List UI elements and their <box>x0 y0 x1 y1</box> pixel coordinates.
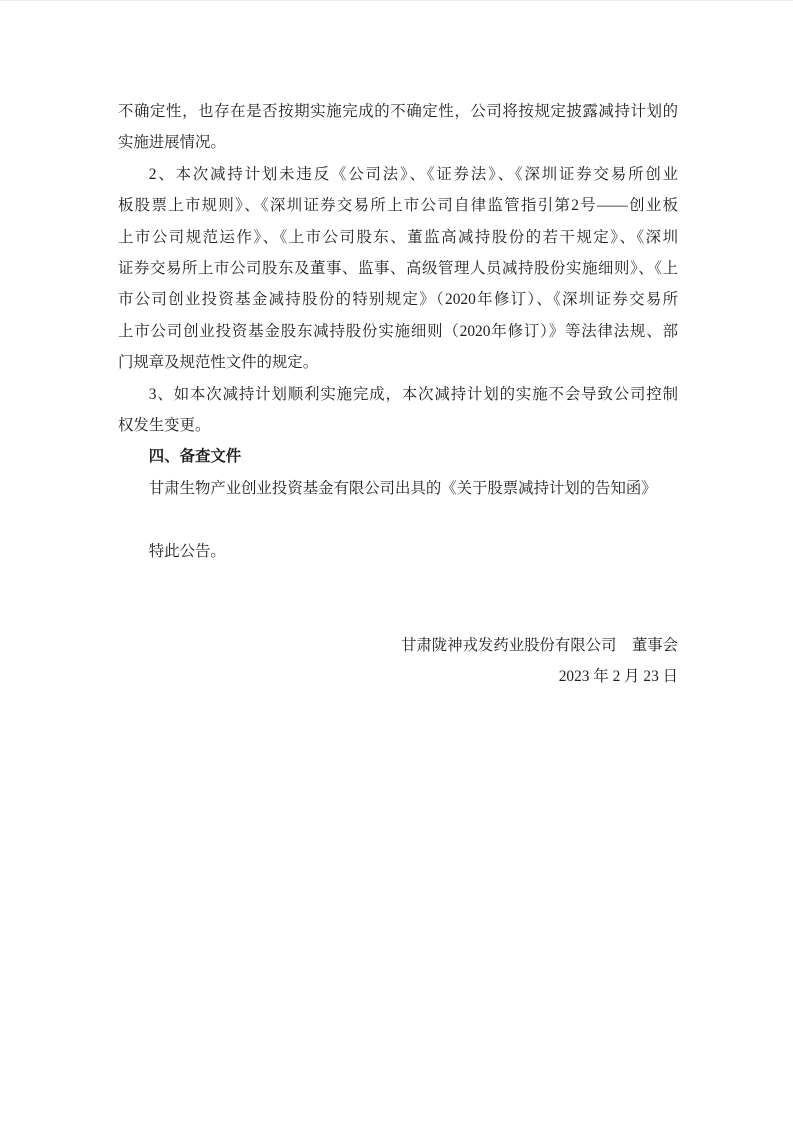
body-line: 实施进展情况。 <box>118 127 678 158</box>
document-page: 不确定性，也存在是否按期实施完成的不确定性，公司将按规定披露减持计划的 实施进展… <box>0 0 793 1122</box>
section-heading: 四、备查文件 <box>118 441 678 472</box>
body-line: 门规章及规范性文件的规定。 <box>118 347 678 378</box>
blank-line <box>118 599 678 630</box>
body-line: 2、本次减持计划未违反《公司法》、《证券法》、《深圳证券交易所创业 <box>118 159 678 190</box>
body-line: 权发生变更。 <box>118 410 678 441</box>
body-line: 上市公司创业投资基金股东减持股份实施细则（2020年修订）》等法律法规、部 <box>118 316 678 347</box>
body-line: 板股票上市规则》、《深圳证券交易所上市公司自律监管指引第2号——创业板 <box>118 190 678 221</box>
notice-line: 特此公告。 <box>118 536 678 567</box>
body-line: 市公司创业投资基金减持股份的特别规定》（2020年修订）、《深圳证券交易所 <box>118 284 678 315</box>
body-line: 上市公司规范运作》、《上市公司股东、董监高减持股份的若干规定》、《深圳 <box>118 222 678 253</box>
blank-line <box>118 567 678 598</box>
body-line: 不确定性，也存在是否按期实施完成的不确定性，公司将按规定披露减持计划的 <box>118 96 678 127</box>
body-line: 3、如本次减持计划顺利实施完成，本次减持计划的实施不会导致公司控制 <box>118 379 678 410</box>
body-line: 证券交易所上市公司股东及董事、监事、高级管理人员减持股份实施细则》、《上 <box>118 253 678 284</box>
signature-company-line: 甘肃陇神戎发药业股份有限公司 董事会 <box>118 630 678 661</box>
signature-date-line: 2023 年 2 月 23 日 <box>118 661 678 692</box>
document-text-block: 不确定性，也存在是否按期实施完成的不确定性，公司将按规定披露减持计划的 实施进展… <box>118 96 678 693</box>
body-line: 甘肃生物产业创业投资基金有限公司出具的《关于股票减持计划的告知函》 <box>118 473 678 504</box>
blank-line <box>118 504 678 535</box>
